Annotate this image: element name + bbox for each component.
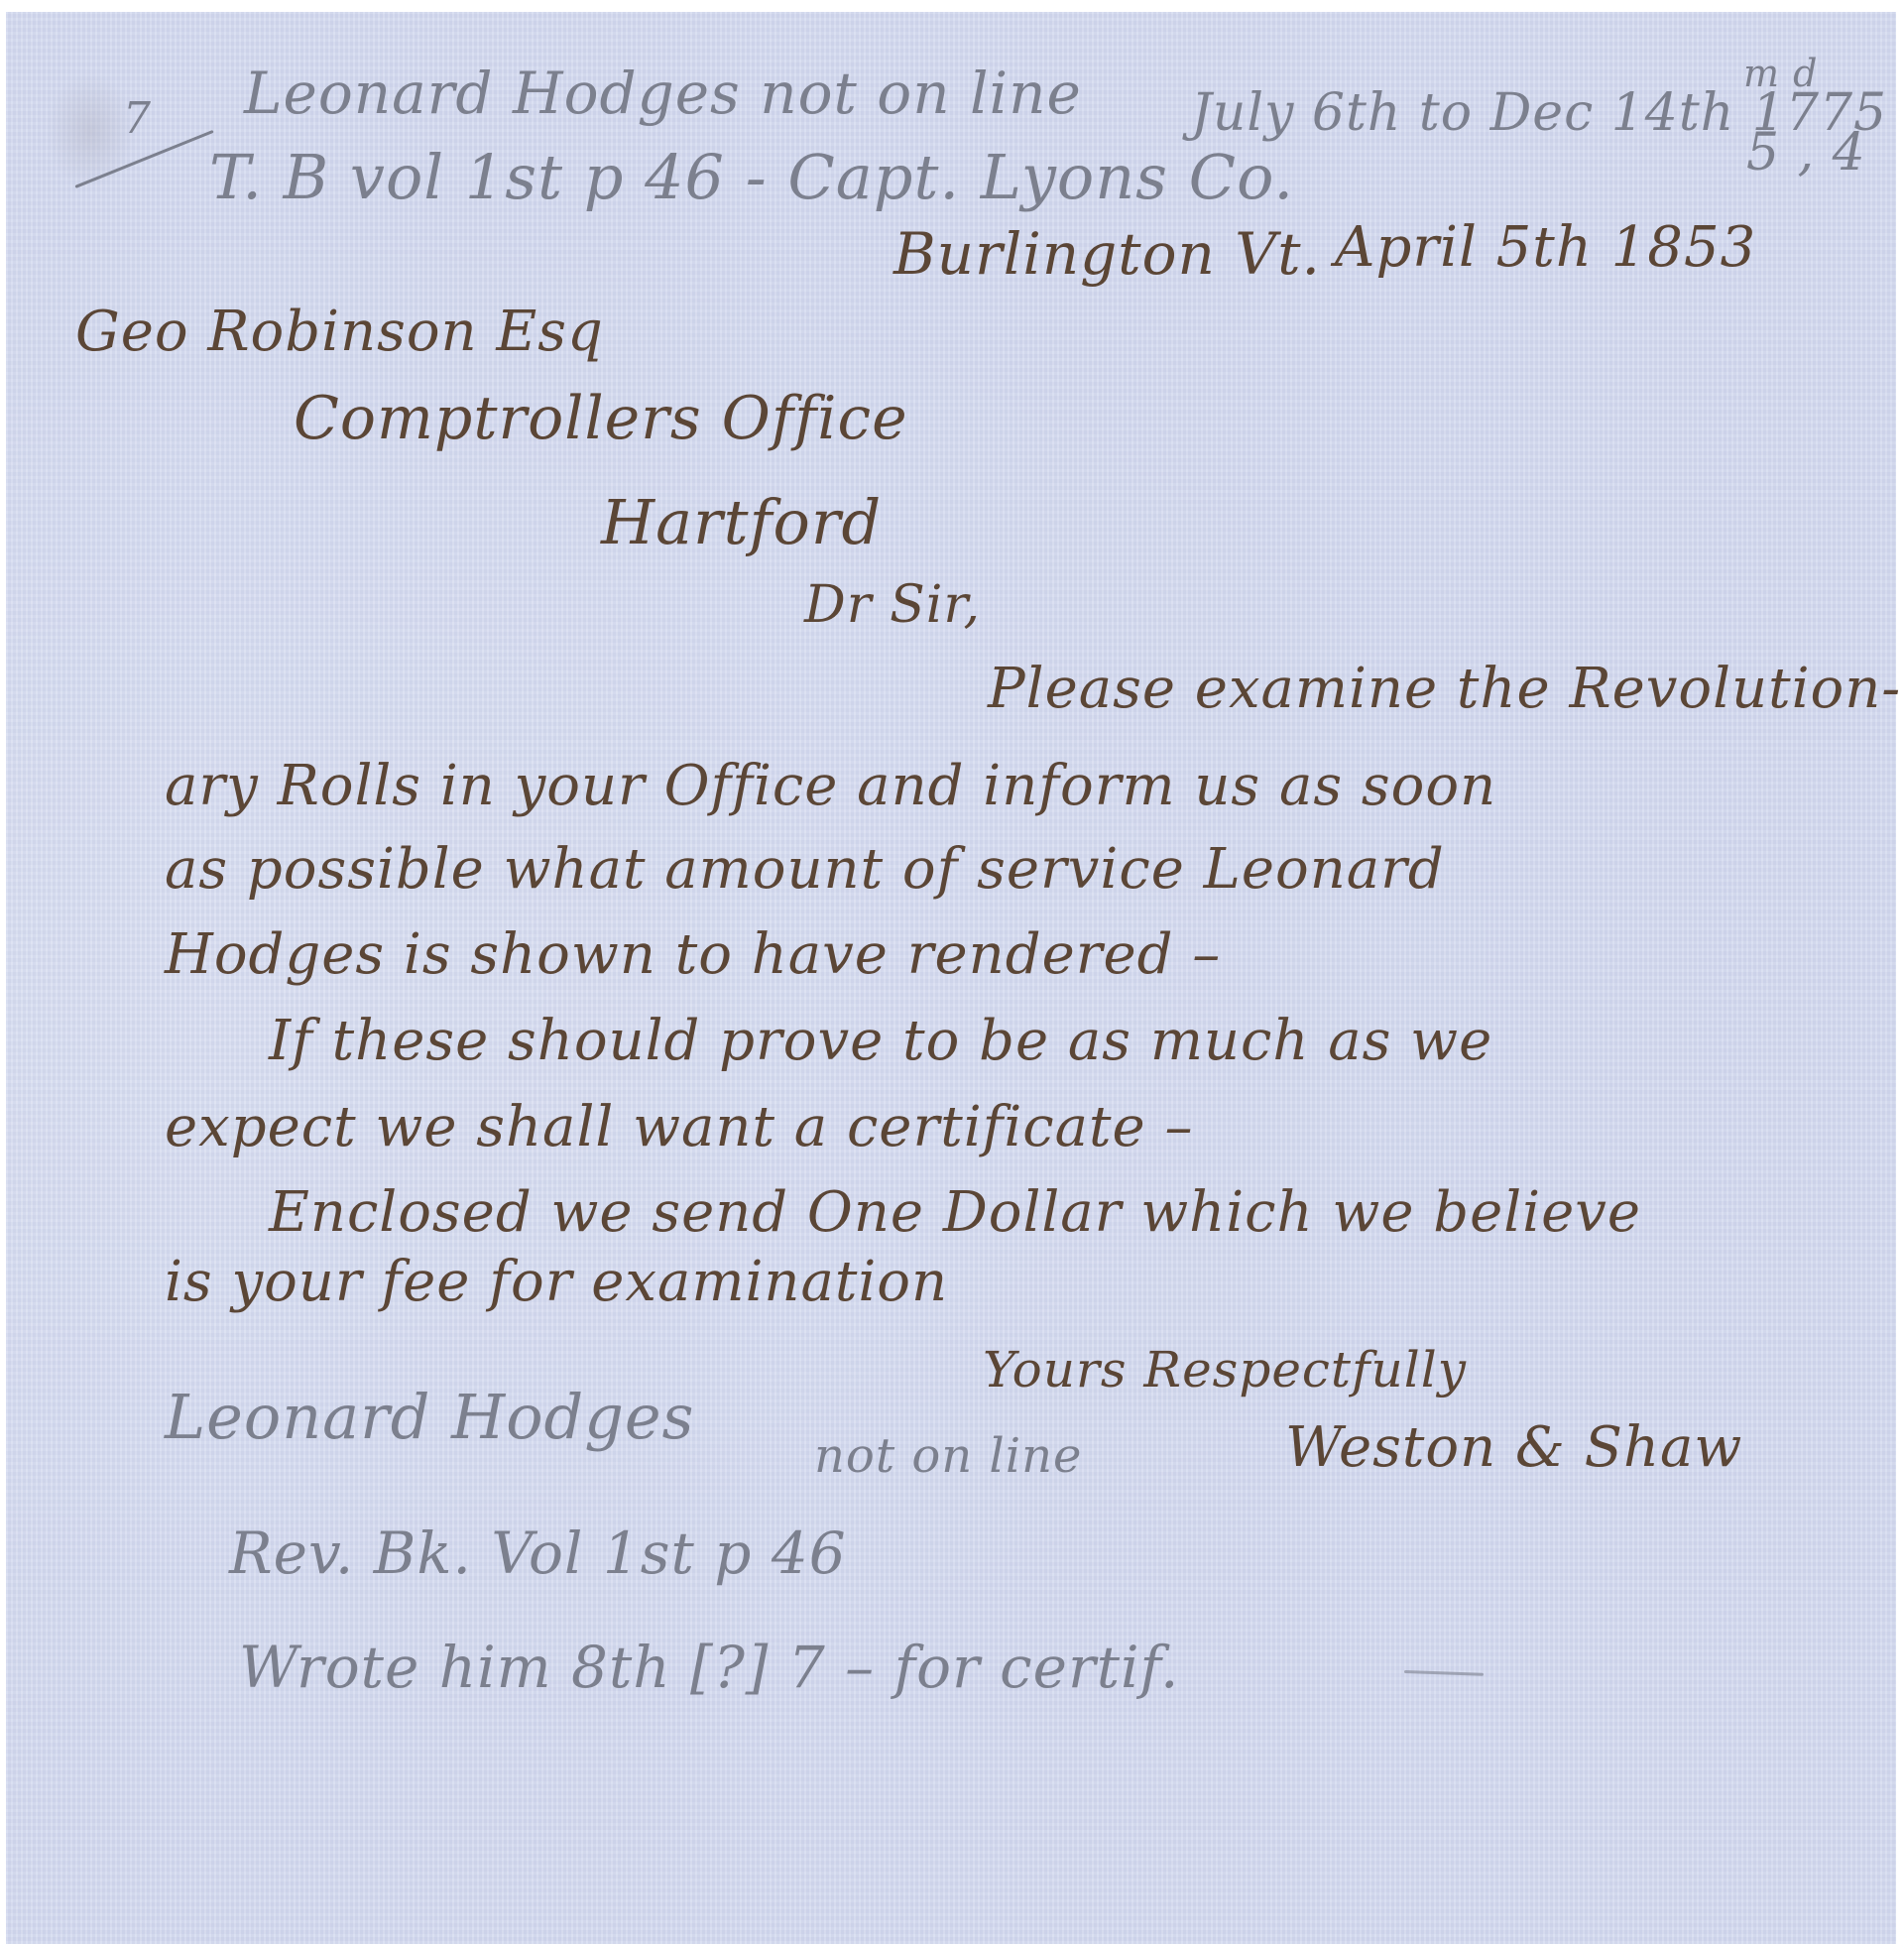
- letter-paper: 7 Leonard Hodges not on line July 6th to…: [6, 12, 1896, 1944]
- addressee-city: Hartford: [601, 486, 882, 558]
- signature: Weston & Shaw: [1285, 1415, 1742, 1480]
- footer-roll-reference: Rev. Bk. Vol 1st p 46: [229, 1519, 847, 1587]
- footer-reply-note: Wrote him 8th [?] 7 – for certif.: [239, 1634, 1179, 1701]
- dateline-place: Burlington Vt.: [893, 220, 1321, 288]
- header-corner-units: m d: [1743, 52, 1818, 95]
- addressee-office: Comptrollers Office: [294, 384, 908, 453]
- body-line-8: is your fee for examination: [165, 1250, 948, 1314]
- body-line-1: Please examine the Revolution-: [988, 657, 1901, 721]
- footer-note: not on line: [814, 1428, 1082, 1484]
- stain: [46, 71, 135, 190]
- footer-name: Leonard Hodges: [165, 1381, 694, 1453]
- header-name-note: Leonard Hodges not on line: [244, 60, 1082, 127]
- body-line-7: Enclosed we send One Dollar which we bel…: [269, 1180, 1641, 1245]
- salutation: Dr Sir,: [804, 575, 981, 635]
- reply-note-underline: [1404, 1670, 1484, 1676]
- body-line-2: ary Rolls in your Office and inform us a…: [165, 754, 1496, 818]
- body-line-3: as possible what amount of service Leona…: [165, 837, 1445, 902]
- valediction: Yours Respectfully: [983, 1341, 1467, 1398]
- body-line-6: expect we shall want a certificate –: [165, 1095, 1193, 1159]
- header-corner-values: 5 , 4: [1746, 123, 1866, 182]
- header-roll-reference: T. B vol 1st p 46 - Capt. Lyons Co.: [209, 141, 1294, 213]
- item-number: 7: [123, 93, 152, 144]
- addressee-name: Geo Robinson Esq: [75, 300, 604, 364]
- body-line-5: If these should prove to be as much as w…: [269, 1009, 1492, 1073]
- body-line-4: Hodges is shown to have rendered –: [165, 922, 1221, 987]
- dateline-date: April 5th 1853: [1335, 215, 1756, 280]
